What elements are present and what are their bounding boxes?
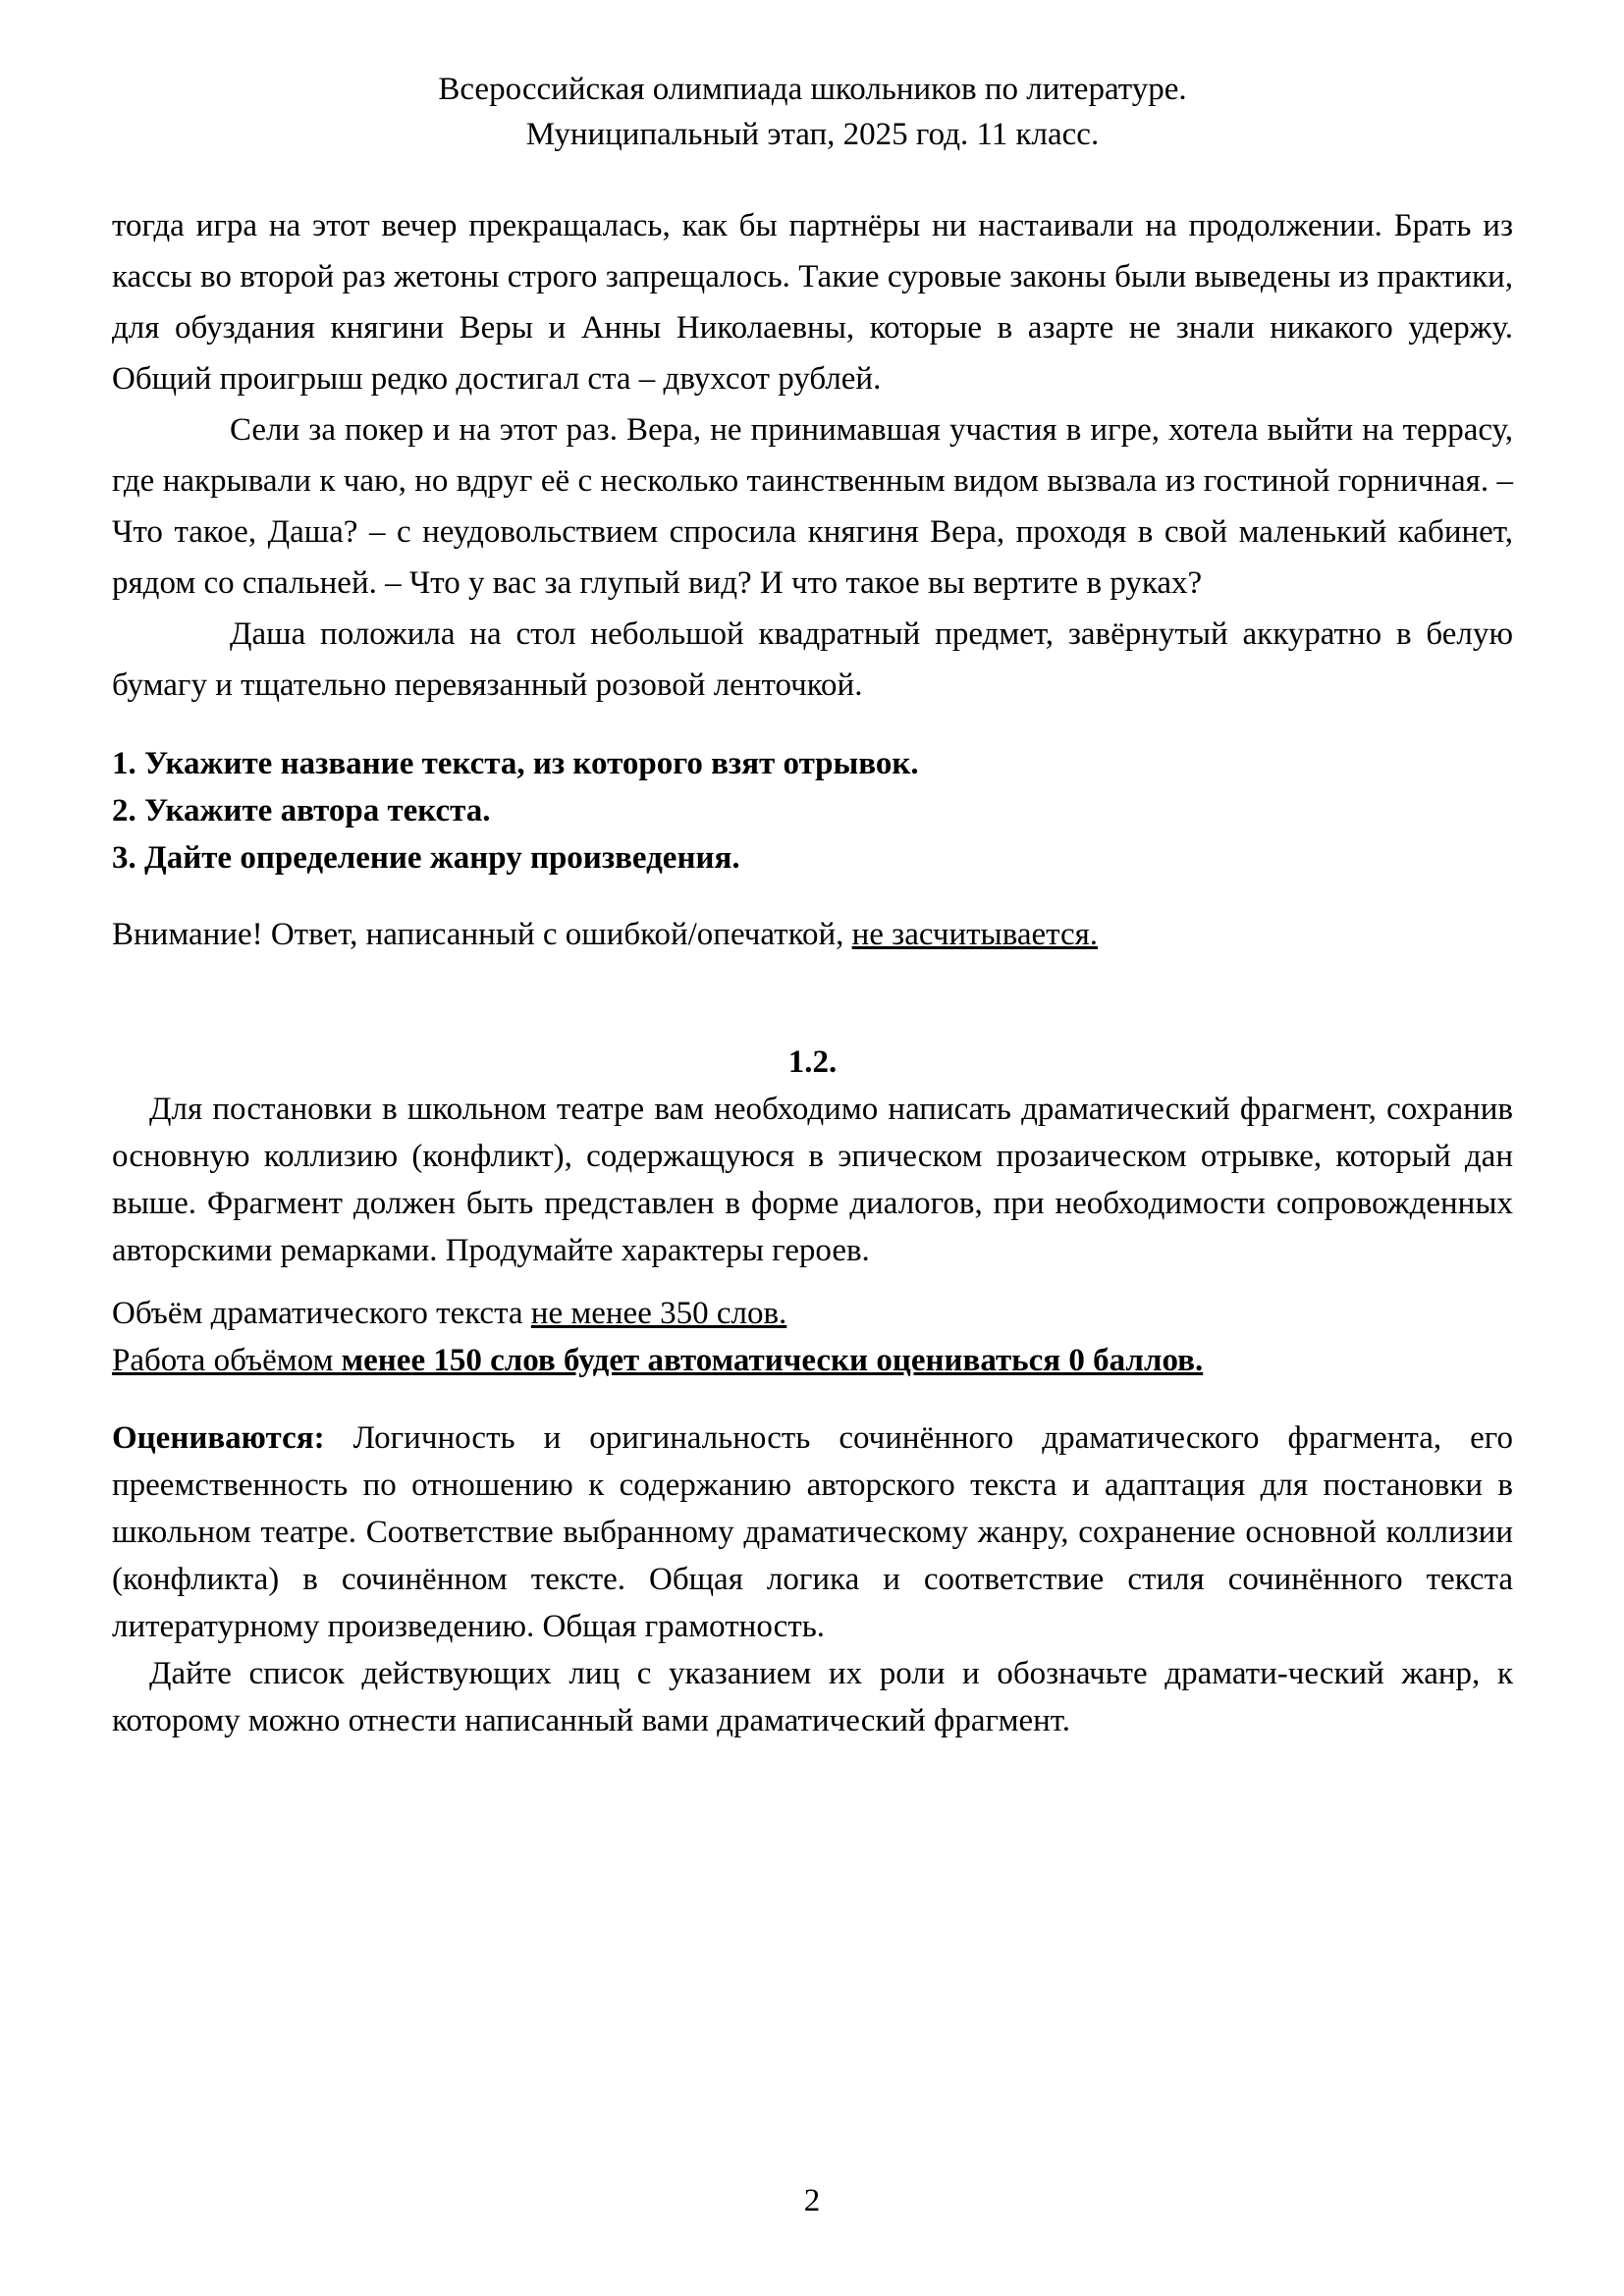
question-item-3: 3. Дайте определение жанру произведения. [112, 834, 1513, 881]
volume-penalty-line: Работа объёмом менее 150 слов будет авто… [112, 1337, 1513, 1384]
section-heading-1-2: 1.2. [112, 1039, 1513, 1086]
volume-line1-underlined: не менее 350 слов. [531, 1296, 787, 1331]
header-line-1: Всероссийская олимпиада школьников по ли… [112, 67, 1513, 112]
attention-note-text: Внимание! Ответ, написанный с ошибкой/оп… [112, 917, 852, 952]
cast-instruction: Дайте список действующих лиц с указанием… [112, 1650, 1513, 1744]
literary-excerpt: тогда игра на этот вечер прекращалась, к… [112, 200, 1513, 711]
excerpt-paragraph-3: Даша положила на стол небольшой квадратн… [112, 609, 1513, 711]
excerpt-paragraph-2: Сели за покер и на этот раз. Вера, не пр… [112, 404, 1513, 609]
volume-line2-regular: Работа объёмом [112, 1343, 342, 1378]
volume-line1-text: Объём драматического текста [112, 1296, 531, 1331]
volume-requirement-line: Объём драматического текста не менее 350… [112, 1290, 1513, 1337]
task-questions-list: 1. Укажите название текста, из которого … [112, 740, 1513, 881]
task-description: Для постановки в школьном театре вам нео… [112, 1086, 1513, 1274]
document-page: Всероссийская олимпиада школьников по ли… [0, 0, 1624, 2296]
attention-note: Внимание! Ответ, написанный с ошибкой/оп… [112, 911, 1513, 958]
evaluation-criteria: Оцениваются: Логичность и оригинальность… [112, 1415, 1513, 1744]
document-header: Всероссийская олимпиада школьников по ли… [112, 67, 1513, 157]
page-number: 2 [0, 2177, 1624, 2224]
excerpt-paragraph-1: тогда игра на этот вечер прекращалась, к… [112, 200, 1513, 404]
header-line-2: Муниципальный этап, 2025 год. 11 класс. [112, 112, 1513, 157]
volume-requirements: Объём драматического текста не менее 350… [112, 1290, 1513, 1384]
criteria-paragraph: Оцениваются: Логичность и оригинальность… [112, 1415, 1513, 1650]
attention-underlined-text: не засчитывается. [852, 917, 1098, 952]
criteria-lead-label: Оцениваются: [112, 1420, 325, 1456]
question-item-1: 1. Укажите название текста, из которого … [112, 740, 1513, 787]
volume-line2-bold: менее 150 слов будет автоматически оцени… [342, 1343, 1204, 1378]
question-item-2: 2. Укажите автора текста. [112, 787, 1513, 834]
task-block: Для постановки в школьном театре вам нео… [112, 1086, 1513, 1274]
